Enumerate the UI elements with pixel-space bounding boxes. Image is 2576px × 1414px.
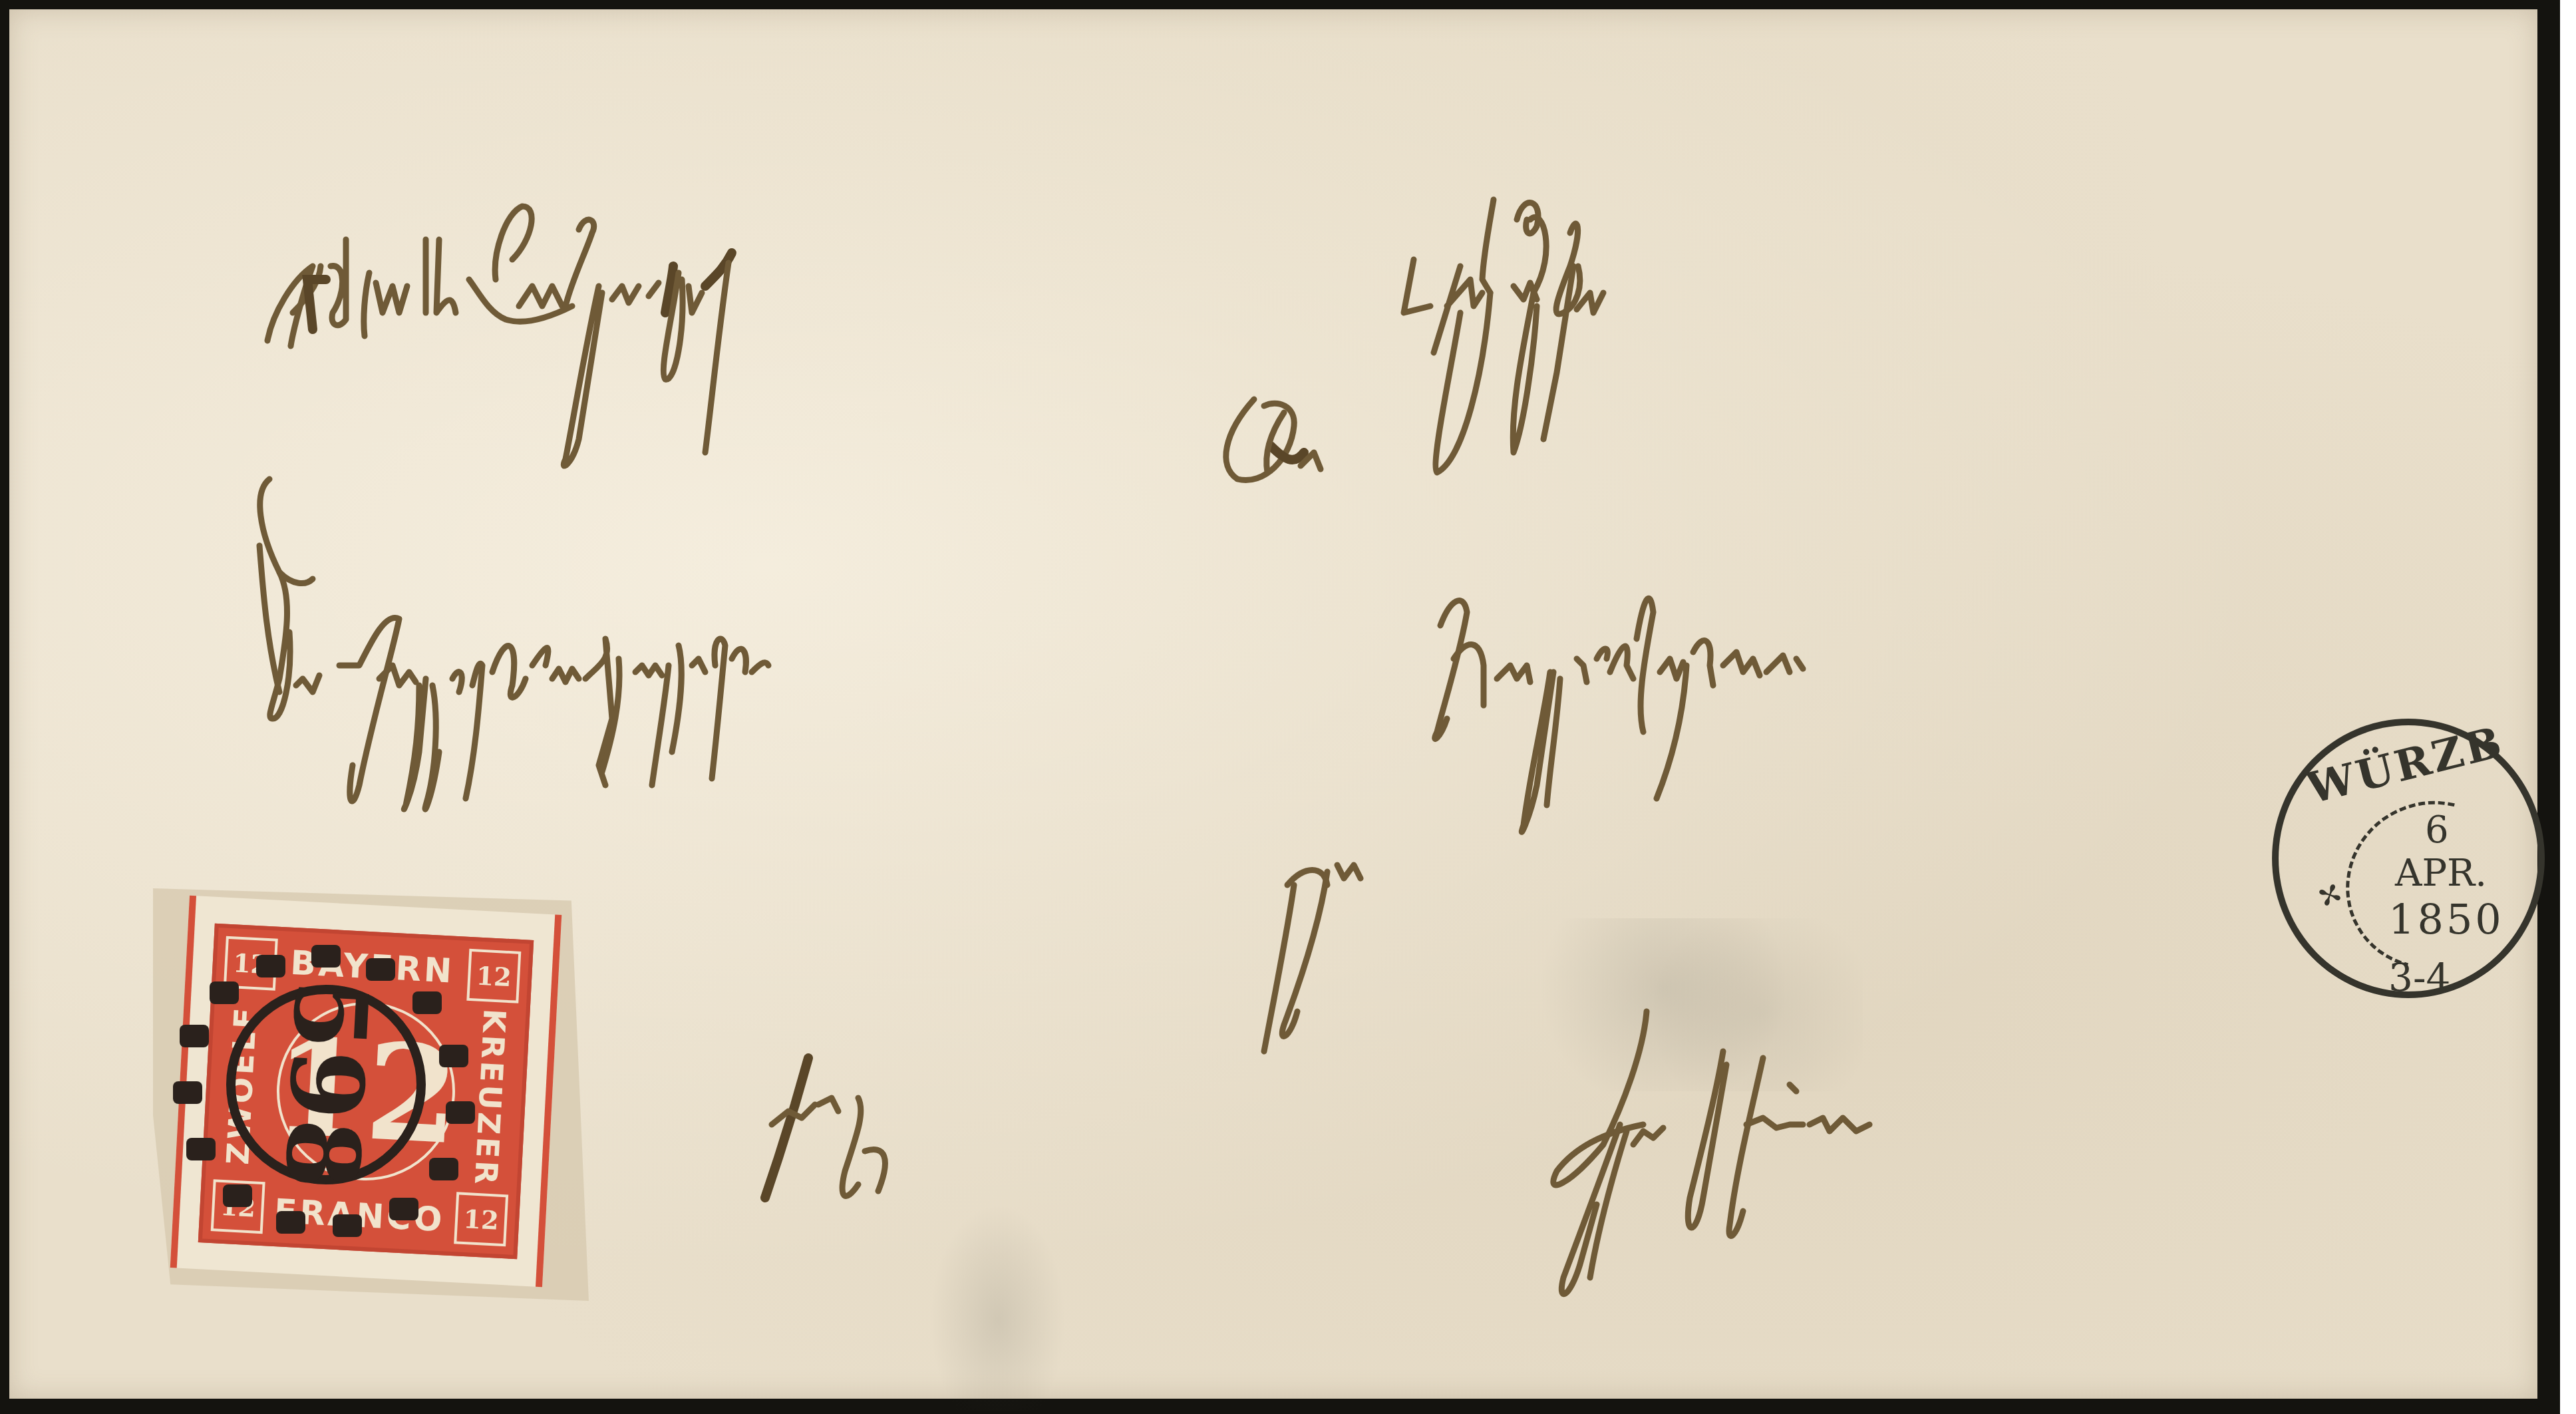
postmark-month: APR. xyxy=(2395,852,2487,895)
cancel-block-icon xyxy=(256,955,285,977)
cancel-number: 598 xyxy=(221,979,430,1189)
address-line-3: Die herzoglich nassauische Oberschulthei… xyxy=(16,0,32,1)
faint-offset-mark xyxy=(918,1184,1078,1411)
address-transcription: N 513 vom k. Landgerichte Würzburg Gm. A… xyxy=(0,0,38,1)
cancel-block-icon xyxy=(366,958,395,981)
cancel-block-icon xyxy=(186,1138,216,1160)
postmark-day: 6 xyxy=(2425,808,2449,852)
cancel-block-icon xyxy=(173,1081,202,1104)
cancel-block-icon xyxy=(180,1025,209,1047)
cancel-block-icon xyxy=(210,981,239,1004)
address-line-1: N 513 vom k. Landgerichte Würzburg Gm. xyxy=(0,0,15,1)
mill-wheel-cancel: 598 xyxy=(160,918,492,1251)
cancel-block-icon xyxy=(223,1184,252,1207)
franco-note: frei xyxy=(37,0,38,1)
cancel-block-icon xyxy=(333,1214,362,1237)
cancel-block-icon xyxy=(412,991,442,1014)
cancel-block-icon xyxy=(446,1101,475,1124)
cancel-block-icon xyxy=(311,945,341,968)
faint-transit-mark xyxy=(1530,918,1863,1091)
cancel-block-icon xyxy=(429,1158,458,1180)
date-postmark: WÜRZB ✢ 6 APR. 1850 3-4 xyxy=(2272,719,2545,998)
postmark-year: 1850 xyxy=(2388,895,2504,944)
cancel-block-icon xyxy=(389,1198,418,1220)
cancel-block-icon xyxy=(439,1045,468,1067)
cancel-block-icon xyxy=(276,1211,305,1234)
postmark-time: 3-4 xyxy=(2388,955,2450,1000)
